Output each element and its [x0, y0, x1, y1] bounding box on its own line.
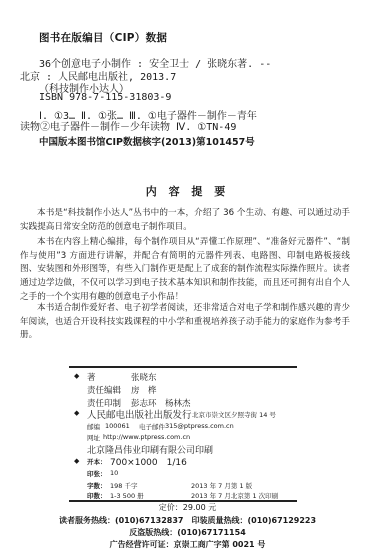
price: 定价：29.00 元: [0, 502, 375, 513]
format-value: 700×1000 1/16: [110, 455, 187, 468]
publisher-name: 人民邮电出版社出版发行: [87, 407, 192, 421]
colophon-top-rule: [69, 366, 297, 368]
email-label: 电子邮件: [139, 422, 165, 431]
summary-heading: 内 容 提 要: [0, 183, 375, 199]
sheets-label: 印张：: [87, 469, 107, 478]
diamond-bullet-icon: ◆: [74, 409, 79, 417]
copies-value: 1-3 500 册: [110, 491, 144, 500]
diamond-bullet-icon: ◆: [74, 457, 79, 465]
summary-paragraph-3: 本书适合制作爱好者、电子初学者阅读，还非常适合对电子学和制作感兴趣的青少年阅读，…: [20, 302, 350, 343]
summary-paragraph-1: 本书是“科技制作小达人”丛书中的一本，介绍了 36 个生动、有趣、可以通过动手实…: [20, 207, 350, 234]
website-label: 网址: [87, 433, 100, 442]
cip-isbn: ISBN 978-7-115-31803-9: [39, 92, 171, 103]
cip-title: 图书在版编目（CIP）数据: [39, 30, 167, 45]
words-value: 198 千字: [110, 481, 137, 490]
ad-license: 广告经营许可证：京崇工商广字第 0021 号: [0, 539, 375, 550]
anti-piracy-hotline: 反盗版热线：(010)67171154: [0, 527, 375, 538]
publisher-address: 北京市崇文区夕照寺街 14 号: [192, 410, 276, 419]
cip-classification-2: 读物②电子器件－制作－少年读物 Ⅳ. ①TN-49: [20, 118, 236, 133]
words-label: 字数：: [87, 481, 107, 490]
diamond-bullet-icon: ◆: [74, 372, 79, 380]
postcode-label: 邮编: [87, 422, 100, 431]
reader-hotlines: 读者服务热线：(010)67132837 印装质量热线：(010)6712922…: [0, 515, 375, 526]
author-name: 张晓东: [131, 371, 157, 383]
editor-label: 责任编辑: [87, 384, 121, 396]
impression-info: 2013 年 7 月北京第 1 次印刷: [191, 491, 278, 500]
format-label: 开本：: [87, 457, 107, 466]
copies-label: 印数：: [87, 491, 107, 500]
postcode: 100061: [105, 422, 130, 430]
summary-paragraph-2: 本书在内容上精心编排，每个制作项目从“弄懂工作原理”、“准备好元器件”、“制作与…: [20, 236, 350, 305]
author-label: 著: [87, 371, 96, 383]
editor-name: 房 桦: [131, 384, 157, 396]
cip-record-number: 中国版本图书馆CIP数据核字(2013)第101457号: [39, 134, 255, 148]
sheets-value: 10: [110, 469, 118, 477]
email-address: 315@ptpress.com.cn: [165, 422, 234, 430]
website-url: http://www.ptpress.com.cn: [103, 433, 190, 441]
edition-info: 2013 年 7 月第 1 版: [191, 481, 252, 490]
